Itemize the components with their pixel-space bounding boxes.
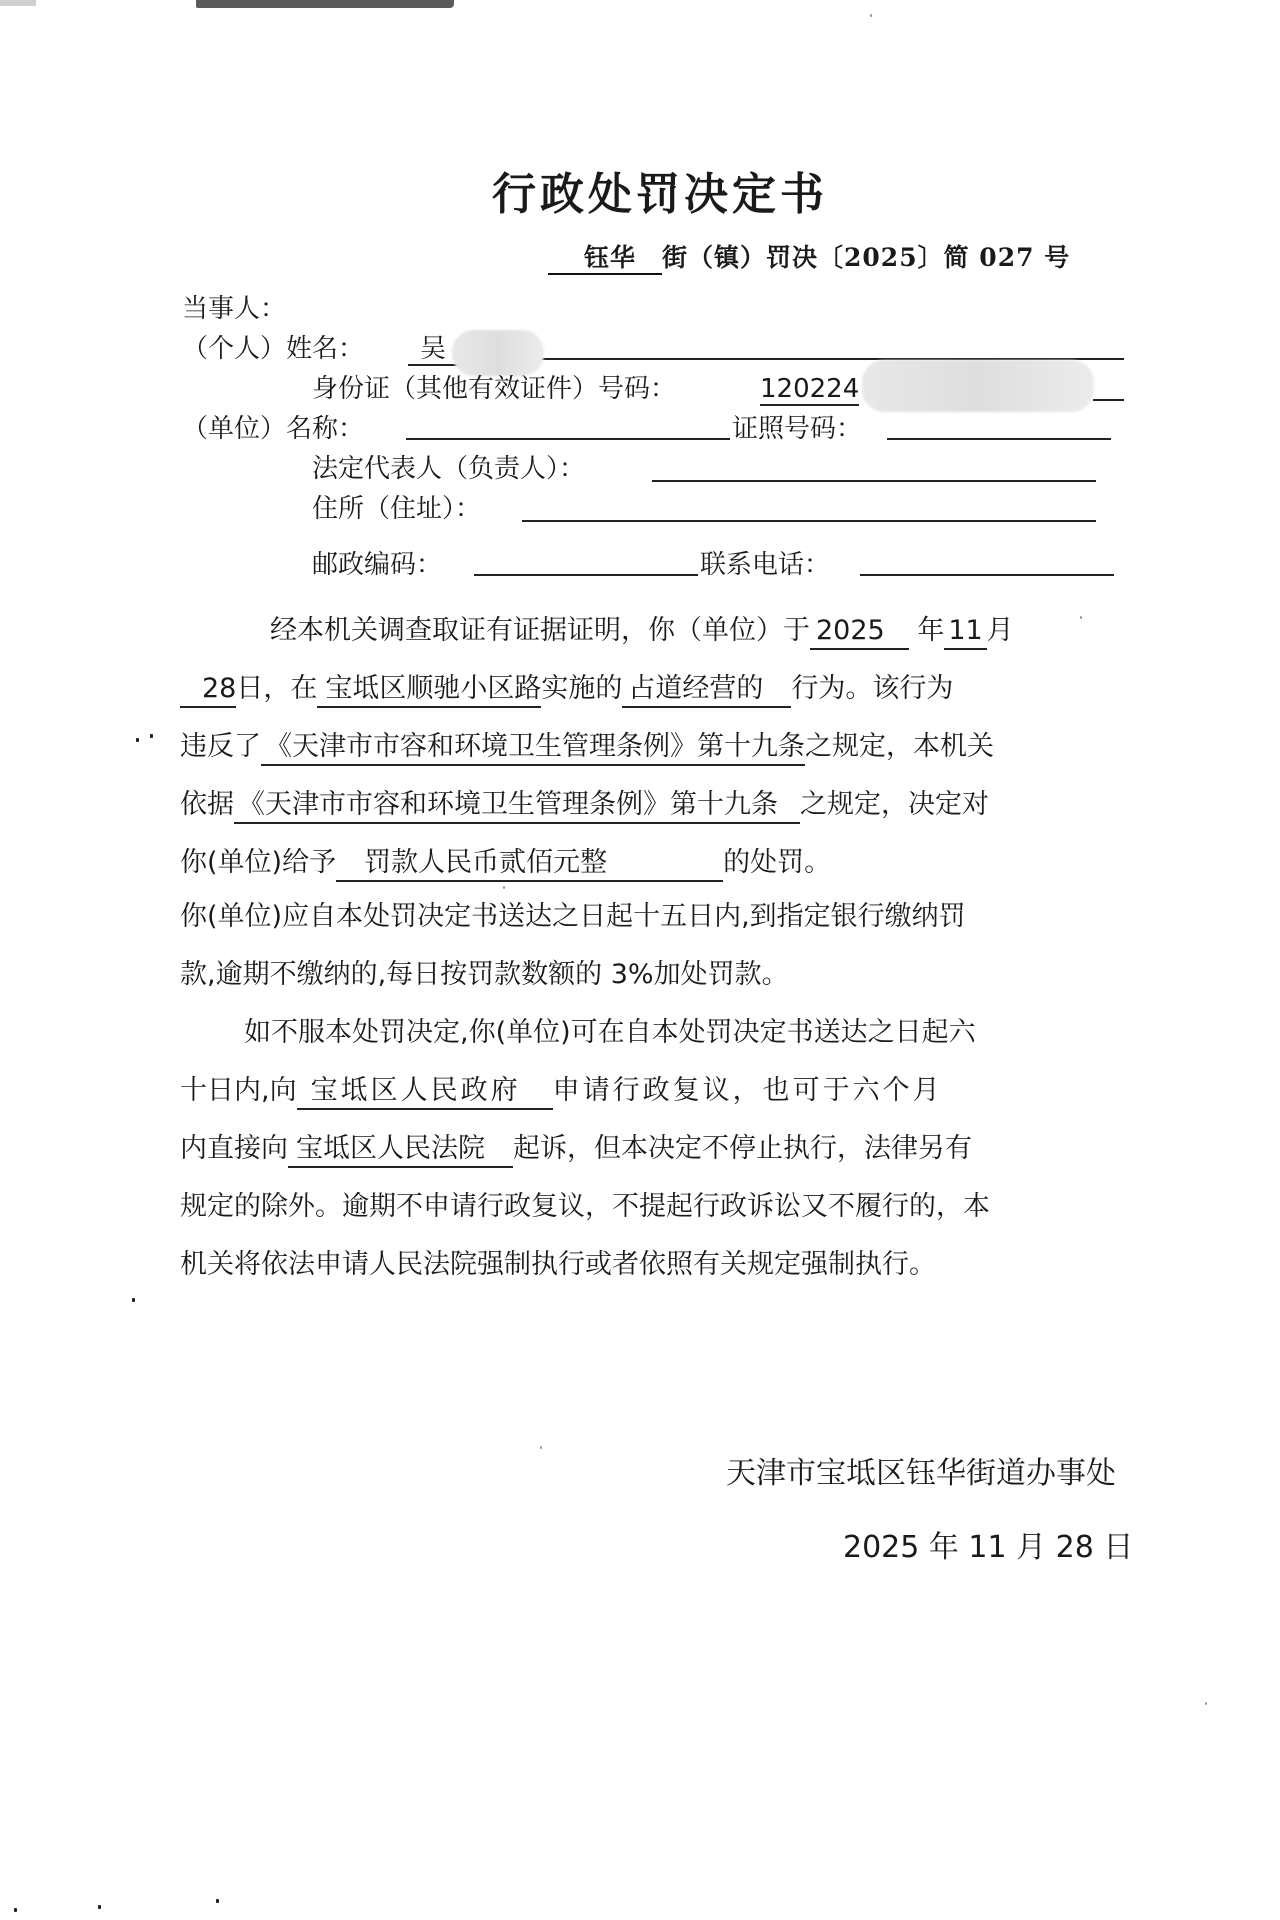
postcode-label: 邮政编码： (312, 548, 442, 582)
scan-speck (132, 1298, 135, 1302)
scan-edge-artifact (0, 0, 36, 6)
violation-month: 11 (944, 615, 986, 650)
facts-paragraph: 经本机关调查取证有证据证明，你（单位）于2025 年11月 28日，在宝坻区顺驰… (180, 602, 1130, 892)
doc-number-suffix: 街（镇）罚决〔2025〕简 027 号 (662, 243, 1070, 272)
doc-number-prefix: 钰华 (548, 243, 662, 275)
scan-speck (150, 734, 153, 738)
phone-field[interactable] (860, 574, 1114, 576)
review-body: 宝坻区人民政府 (297, 1075, 553, 1110)
appeal-line-3: 内直接向宝坻区人民法院起诉，但本决定不停止执行，法律另有 (180, 1120, 1130, 1178)
name-label: 姓名： (286, 334, 364, 364)
facts-line-1: 经本机关调查取证有证据证明，你（单位）于2025 年11月 (180, 602, 1130, 660)
name-value: 吴 (408, 334, 458, 366)
scan-speck (14, 1908, 17, 1912)
address-label: 住所（住址）： (312, 492, 481, 526)
scan-speck (98, 1905, 101, 1909)
scan-speck (216, 1899, 219, 1903)
postcode-field[interactable] (474, 574, 698, 576)
legal-rep-label: 法定代表人（负责人）： (312, 452, 585, 486)
scan-edge-artifact (196, 0, 454, 8)
payment-paragraph: 你(单位)应自本处罚决定书送达之日起十五日内,到指定银行缴纳罚 款,逾期不缴纳的… (180, 888, 1130, 1004)
payment-line-2: 款,逾期不缴纳的,每日按罚款数额的 3%加处罚款。 (180, 946, 1130, 1004)
facts-line-4: 依据《天津市市容和环境卫生管理条例》第十九条之规定，决定对 (180, 776, 1130, 834)
appeal-line-5: 机关将依法申请人民法院强制执行或者依照有关规定强制执行。 (180, 1236, 1130, 1294)
individual-label: （个人） (182, 334, 286, 364)
unit-name-label: 名称： (286, 414, 364, 444)
redaction-blur (452, 330, 544, 376)
appeal-line-4: 规定的除外。逾期不申请行政复议，不提起行政诉讼又不履行的，本 (180, 1178, 1130, 1236)
violation-location: 宝坻区顺驰小区路 (317, 673, 541, 708)
unit-label: （单位） (182, 414, 286, 444)
court: 宝坻区人民法院 (288, 1133, 513, 1168)
scan-speck (540, 1446, 542, 1449)
license-field[interactable] (887, 438, 1111, 440)
violation-day: 28 (180, 673, 236, 708)
facts-line-3: 违反了《天津市市容和环境卫生管理条例》第十九条之规定，本机关 (180, 718, 1130, 776)
scan-speck (870, 14, 872, 17)
appeal-line-2: 十日内,向宝坻区人民政府申请行政复议，也可于六个月 (180, 1062, 1130, 1120)
unit-name-field[interactable] (406, 438, 730, 440)
payment-line-1: 你(单位)应自本处罚决定书送达之日起十五日内,到指定银行缴纳罚 (180, 888, 1130, 946)
penalty-amount: 罚款人民币贰佰元整 (336, 847, 723, 882)
violated-law: 《天津市市容和环境卫生管理条例》第十九条 (261, 731, 805, 766)
issuer-name: 天津市宝坻区钰华街道办事处 (726, 1448, 1116, 1492)
unit-name-row: （单位）名称： (182, 412, 364, 446)
id-underline-tail (1093, 399, 1124, 401)
name-field[interactable]: 吴 (408, 332, 458, 366)
document-number: 钰华街（镇）罚决〔2025〕简 027 号 (548, 238, 1070, 275)
license-label: 证照号码： (732, 412, 862, 446)
violation-year: 2025 (810, 615, 909, 650)
individual-name-row: （个人）姓名： (182, 332, 364, 366)
id-field[interactable]: 120224 (760, 372, 859, 406)
violation-behavior: 占道经营的 (622, 673, 791, 708)
issue-date: 2025 年 11 月 28 日 (843, 1522, 1133, 1566)
appeal-paragraph: 如不服本处罚决定,你(单位)可在自本处罚决定书送达之日起六 十日内,向宝坻区人民… (180, 1004, 1130, 1294)
redaction-blur (862, 360, 1094, 412)
id-value: 120224 (760, 374, 859, 406)
phone-label: 联系电话： (700, 548, 830, 582)
scan-speck (1205, 1702, 1207, 1705)
id-label: 身份证（其他有效证件）号码： (312, 372, 676, 406)
address-field[interactable] (522, 520, 1096, 522)
facts-line-5: 你(单位)给予罚款人民币贰佰元整的处罚。 (180, 834, 1130, 892)
document-title: 行政处罚决定书 (492, 158, 828, 222)
appeal-line-1: 如不服本处罚决定,你(单位)可在自本处罚决定书送达之日起六 (180, 1004, 1130, 1062)
facts-line-2: 28日，在宝坻区顺驰小区路实施的占道经营的行为。该行为 (180, 660, 1130, 718)
basis-law: 《天津市市容和环境卫生管理条例》第十九条 (234, 789, 800, 824)
legal-rep-field[interactable] (652, 480, 1096, 482)
scan-speck (136, 738, 139, 742)
party-heading: 当事人： (182, 292, 286, 326)
